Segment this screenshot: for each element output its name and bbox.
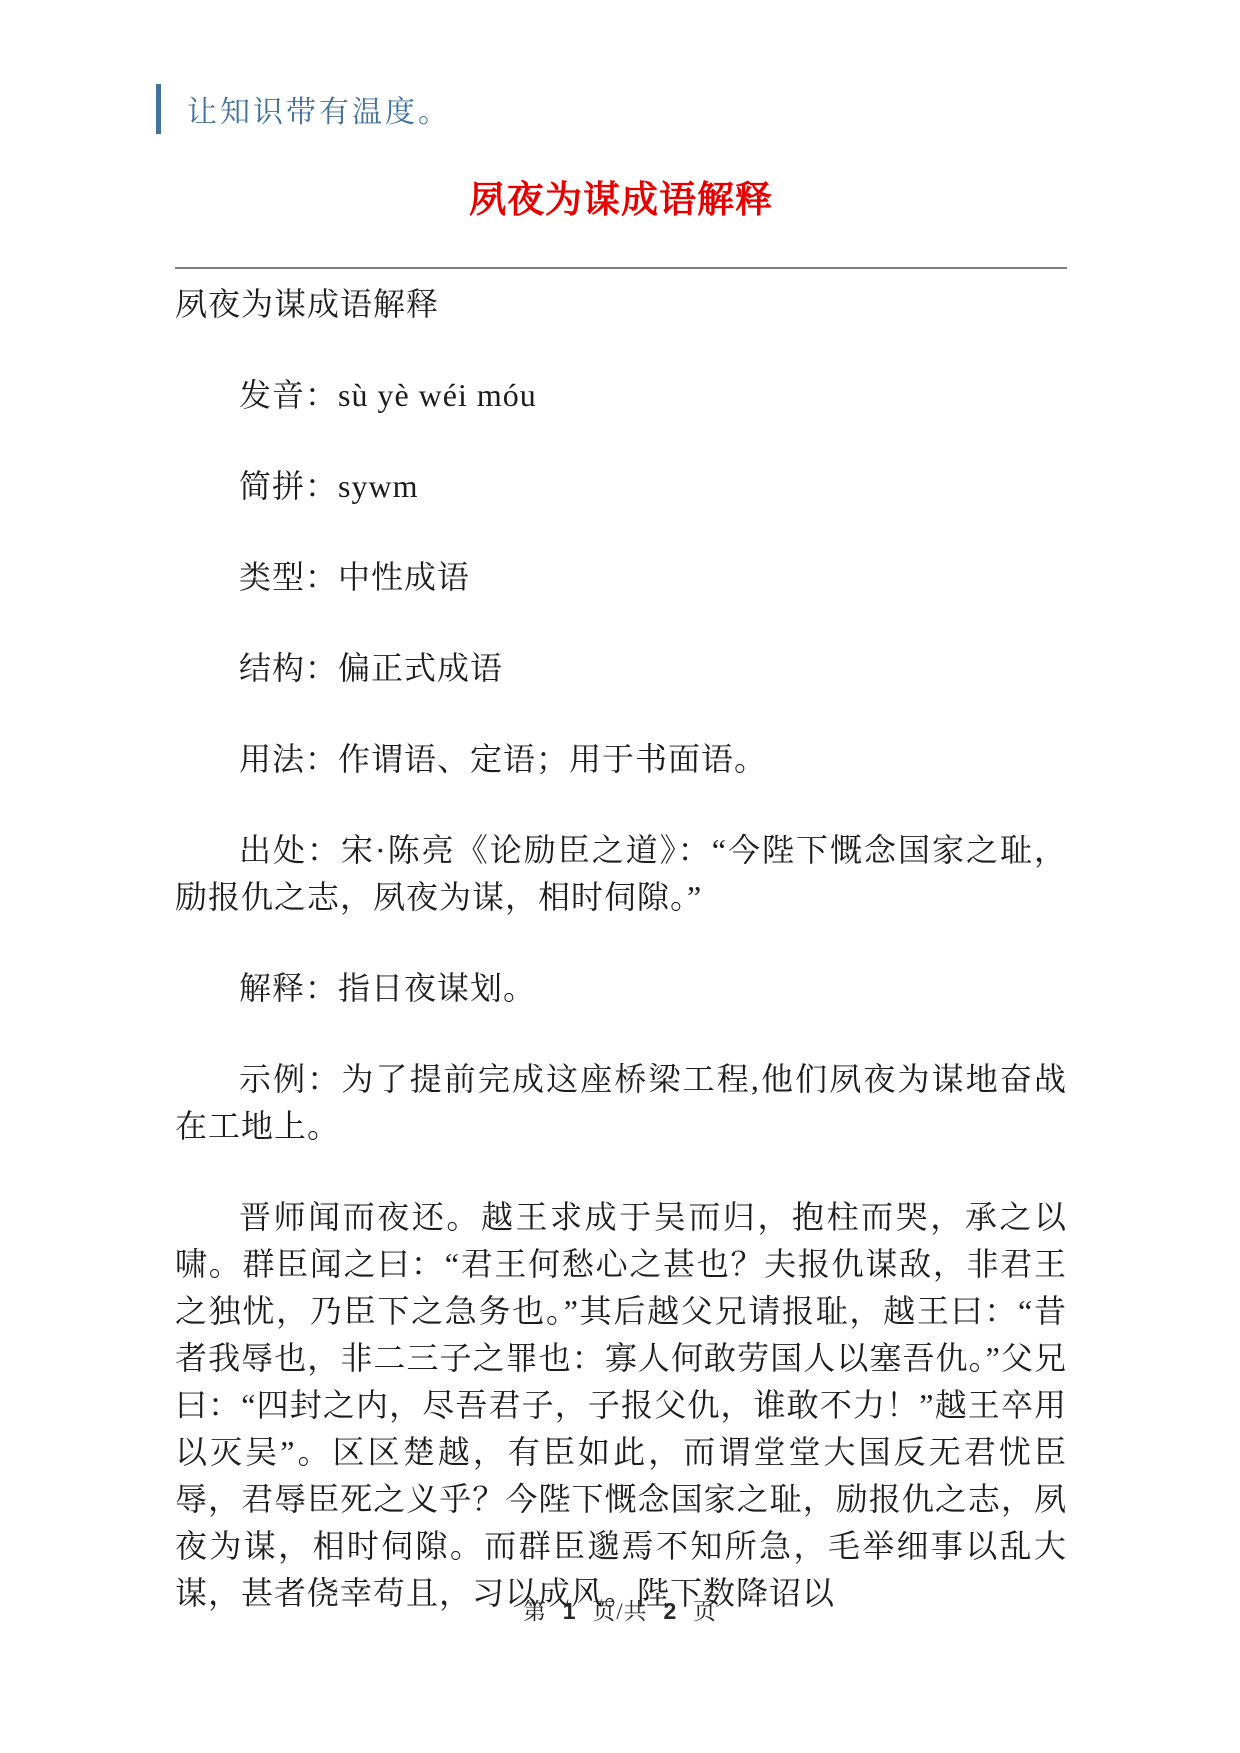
paragraph-heading: 夙夜为谋成语解释	[175, 281, 1067, 328]
document-page: 让知识带有温度。 夙夜为谋成语解释 夙夜为谋成语解释 发音：sù yè wéi …	[0, 0, 1240, 1753]
document-title: 夙夜为谋成语解释	[175, 176, 1067, 224]
paragraph-structure: 结构：偏正式成语	[175, 645, 1067, 692]
brand-slogan: 让知识带有温度。	[187, 87, 451, 131]
paragraph-source: 出处：宋·陈亮《论励臣之道》：“今陛下慨念国家之耻，励报仇之志，夙夜为谋，相时伺…	[175, 827, 1067, 921]
brand-accent-bar	[156, 84, 161, 134]
paragraph-usage: 用法：作谓语、定语；用于书面语。	[175, 736, 1067, 783]
paragraph-story: 晋师闻而夜还。越王求成于吴而归，抱柱而哭，承之以啸。群臣闻之曰：“君王何愁心之甚…	[175, 1194, 1067, 1617]
title-divider	[175, 267, 1067, 269]
footer-current-page: 1	[563, 1598, 577, 1624]
page-number-footer: 第 1 页/共 2 页	[0, 1593, 1240, 1626]
paragraph-abbreviation: 简拼：sywm	[175, 463, 1067, 510]
paragraph-type: 类型：中性成语	[175, 554, 1067, 601]
document-body: 夙夜为谋成语解释 夙夜为谋成语解释 发音：sù yè wéi móu 简拼：sy…	[175, 176, 1067, 1661]
brand-header: 让知识带有温度。	[156, 84, 451, 134]
footer-total-pages: 2	[663, 1598, 677, 1624]
paragraph-pronunciation: 发音：sù yè wéi móu	[175, 372, 1067, 419]
paragraph-explanation: 解释：指日夜谋划。	[175, 965, 1067, 1012]
footer-prefix: 第	[523, 1599, 547, 1624]
footer-separator: 页/共	[592, 1599, 647, 1624]
footer-suffix: 页	[693, 1599, 717, 1624]
paragraph-example: 示例：为了提前完成这座桥梁工程,他们夙夜为谋地奋战在工地上。	[175, 1056, 1067, 1150]
